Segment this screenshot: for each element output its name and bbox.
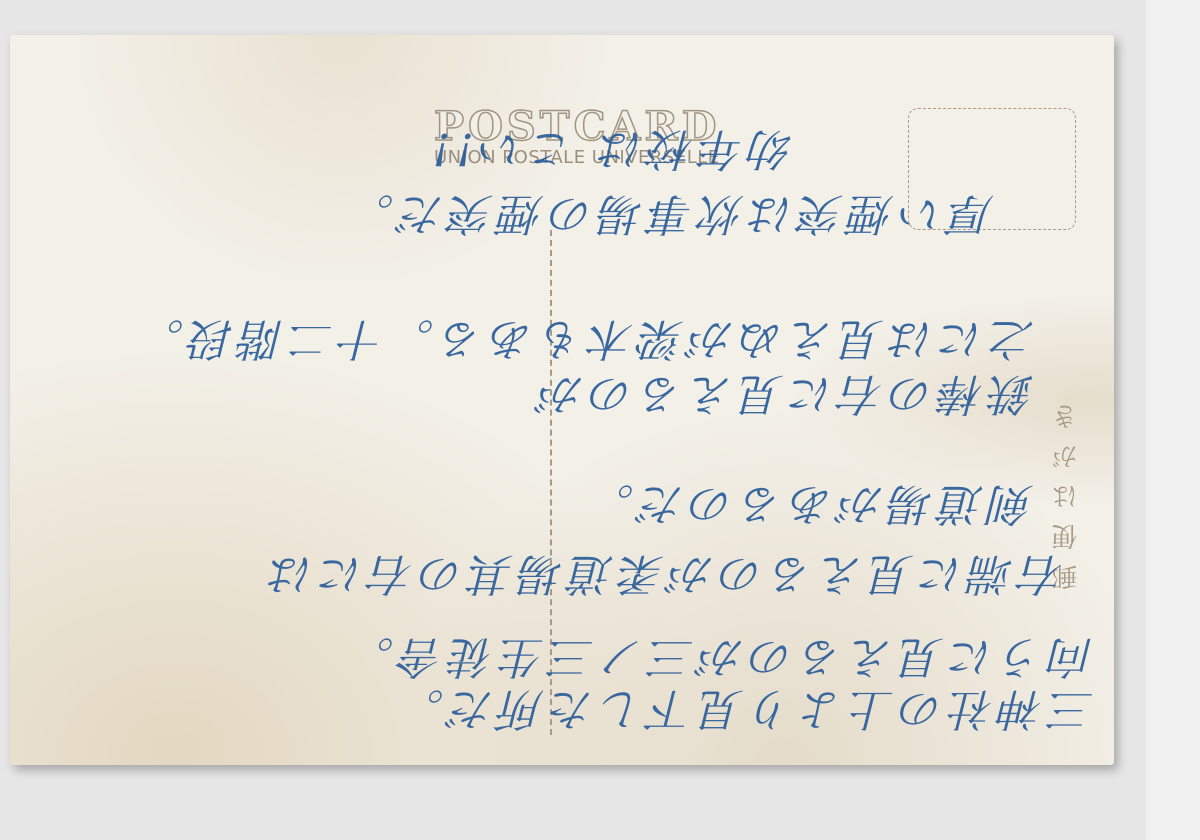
handwriting-line: 向うに見えるのが三ノ三生徒舎。 [344, 629, 1094, 693]
postcard: POSTCARD UNION POSTALE UNIVERSELLE 郵便はがき… [10, 35, 1114, 765]
handwriting-line: 右端に見えるのが柔道場其の右には [264, 546, 1064, 610]
handwriting-line: 厚い煙突は炊事場の煙突だ。 [344, 186, 994, 250]
handwriting-line: 鉄棒の右に見えるのが [534, 366, 1034, 430]
background-strip [1146, 0, 1200, 840]
handwriting-line: 幼年校は こい!! [427, 121, 794, 185]
handwriting-line: 剣道場があるのだ。 [584, 476, 1034, 540]
handwriting-line: 之には見えぬが梁木もある。十二階段。 [134, 311, 1034, 375]
handwritten-message: 三神社の上より見下した所だ。 向うに見えるのが三ノ三生徒舎。 右端に見えるのが柔… [10, 35, 1114, 765]
